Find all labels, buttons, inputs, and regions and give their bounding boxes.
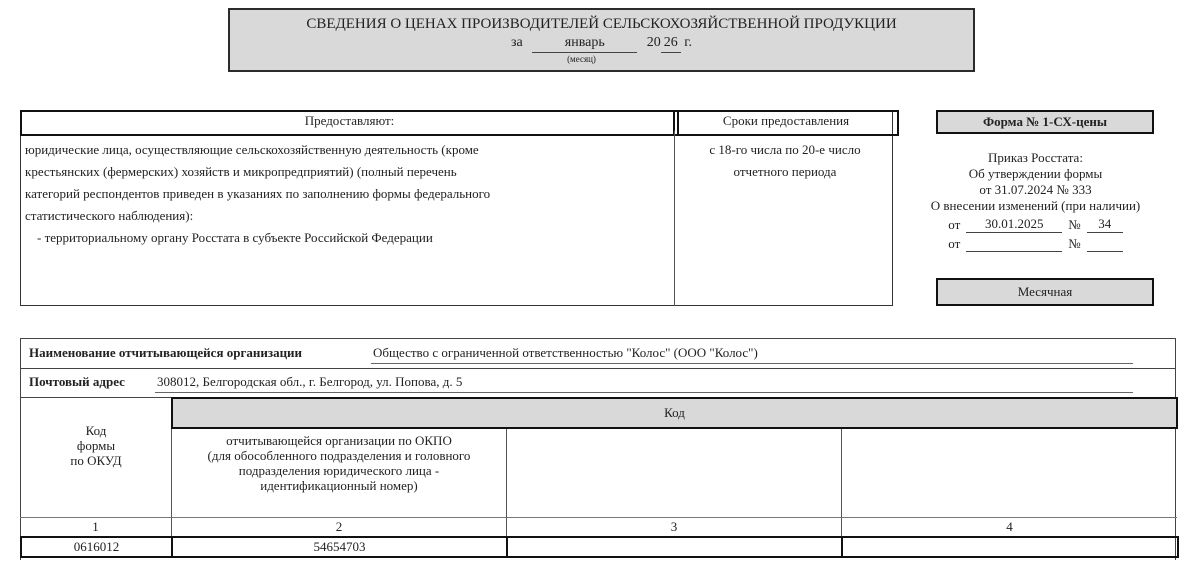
- address-label: Почтовый адрес: [29, 374, 125, 390]
- providers-table: Предоставляют: Сроки предоставления юрид…: [20, 110, 893, 306]
- report-period: за январь 2026 г.: [230, 34, 973, 53]
- amendment2-date-field[interactable]: [966, 235, 1062, 252]
- deadline-line: с 18-го числа по 20-е число: [677, 139, 893, 161]
- report-title: СВЕДЕНИЯ О ЦЕНАХ ПРОИЗВОДИТЕЛЕЙ СЕЛЬСКОХ…: [230, 15, 973, 33]
- org-name-row: Наименование отчитывающейся организации …: [21, 339, 1175, 369]
- providers-line: категорий респондентов приведен в указан…: [25, 183, 665, 205]
- column-divider: [674, 131, 675, 306]
- org-name-label: Наименование отчитывающейся организации: [29, 345, 302, 361]
- order-info: Приказ Росстата: Об утверждении формы от…: [898, 150, 1173, 252]
- org-name-underline: [371, 363, 1133, 364]
- deadline-line: отчетного периода: [677, 161, 893, 183]
- column-number: 1: [20, 517, 171, 536]
- number-label: №: [1068, 236, 1080, 252]
- address-field[interactable]: 308012, Белгородская обл., г. Белгород, …: [157, 374, 462, 390]
- recipient-line: - территориальному органу Росстата в суб…: [25, 227, 665, 249]
- month-field[interactable]: январь: [532, 34, 637, 53]
- address-underline: [155, 392, 1133, 393]
- form-number-box: Форма № 1-СХ-цены: [936, 110, 1154, 134]
- deadline-text: с 18-го числа по 20-е число отчетного пе…: [677, 139, 893, 183]
- providers-text: юридические лица, осуществляющие сельско…: [25, 139, 665, 249]
- organization-table: Наименование отчитывающейся организации …: [20, 338, 1176, 560]
- amendment2-number-field[interactable]: [1087, 235, 1123, 252]
- col3-code-cell[interactable]: [506, 536, 843, 558]
- column-number: 3: [506, 517, 841, 536]
- order-line: О внесении изменений (при наличии): [898, 198, 1173, 214]
- col3-header: [506, 429, 841, 517]
- order-line: Приказ Росстата:: [898, 150, 1173, 166]
- okud-code-cell[interactable]: 0616012: [20, 536, 173, 558]
- month-caption: (месяц): [190, 53, 973, 65]
- providers-header: Предоставляют:: [20, 110, 679, 136]
- providers-line: юридические лица, осуществляющие сельско…: [25, 139, 665, 161]
- okpo-header-line: идентификационный номер): [172, 478, 506, 493]
- from-label: от: [948, 236, 960, 252]
- amendment-row-2: от №: [898, 235, 1173, 252]
- from-label: от: [948, 217, 960, 233]
- org-address-row: Почтовый адрес 308012, Белгородская обл.…: [21, 368, 1175, 398]
- col4-header: [841, 429, 1177, 517]
- periodicity-box: Месячная: [936, 278, 1154, 306]
- okpo-code-cell[interactable]: 54654703: [171, 536, 508, 558]
- year-field[interactable]: 26: [661, 34, 681, 53]
- code-group-header: Код: [171, 397, 1178, 429]
- column-number: 4: [841, 517, 1177, 536]
- number-label: №: [1068, 217, 1080, 233]
- okud-header: Код формы по ОКУД: [21, 397, 171, 517]
- okud-header-line: формы: [21, 438, 171, 453]
- providers-line: статистического наблюдения):: [25, 205, 665, 227]
- amendment-date-field[interactable]: 30.01.2025: [966, 216, 1062, 233]
- okpo-header-line: отчитывающейся организации по ОКПО: [172, 433, 506, 448]
- amendment-row: от 30.01.2025 № 34: [898, 216, 1173, 233]
- okpo-header-line: подразделения юридического лица -: [172, 463, 506, 478]
- okud-header-line: Код: [21, 423, 171, 438]
- okud-header-line: по ОКУД: [21, 453, 171, 468]
- deadline-header: Сроки предоставления: [673, 110, 899, 136]
- okpo-header: отчитывающейся организации по ОКПО (для …: [171, 429, 506, 517]
- order-line: Об утверждении формы: [898, 166, 1173, 182]
- column-number: 2: [171, 517, 506, 536]
- org-name-field[interactable]: Общество с ограниченной ответственностью…: [373, 345, 758, 361]
- order-line: от 31.07.2024 № 333: [898, 182, 1173, 198]
- report-title-box: СВЕДЕНИЯ О ЦЕНАХ ПРОИЗВОДИТЕЛЕЙ СЕЛЬСКОХ…: [228, 8, 975, 72]
- providers-line: крестьянских (фермерских) хозяйств и мик…: [25, 161, 665, 183]
- col4-code-cell[interactable]: [841, 536, 1179, 558]
- for-label: за: [511, 35, 523, 50]
- okpo-header-line: (для обособленного подразделения и голов…: [172, 448, 506, 463]
- amendment-number-field[interactable]: 34: [1087, 216, 1123, 233]
- year-prefix: 20: [647, 35, 661, 50]
- year-unit: г.: [684, 35, 692, 50]
